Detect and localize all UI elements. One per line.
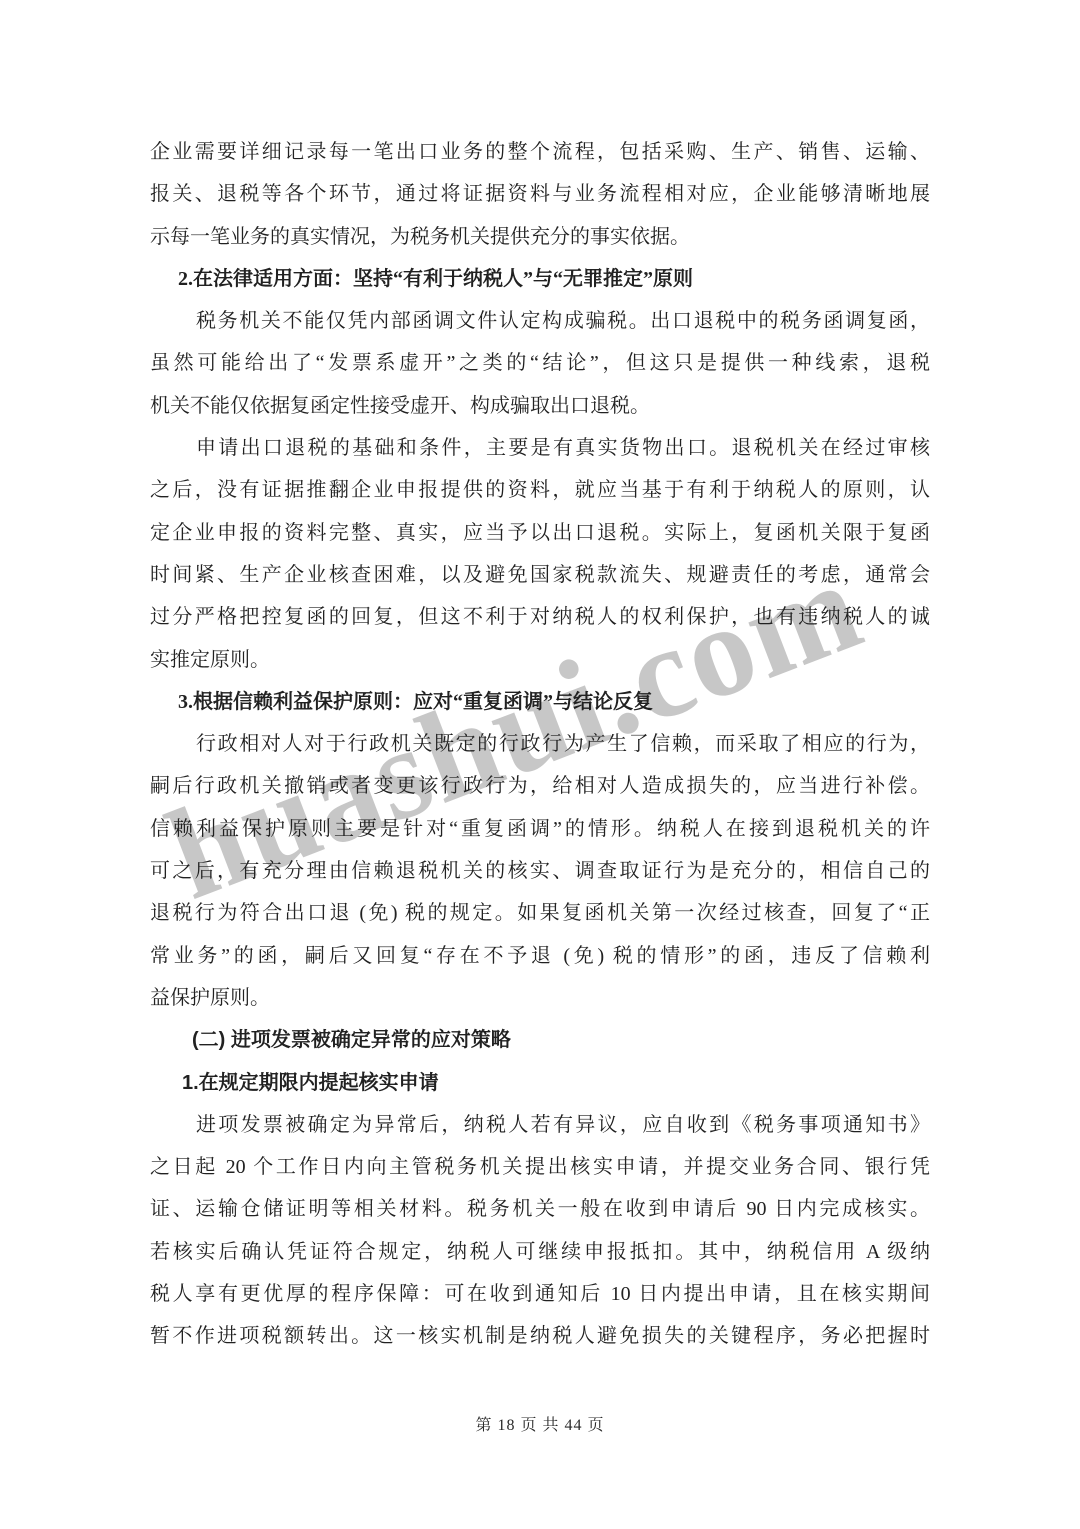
text-line: 证、运输仓储证明等相关材料。税务机关一般在收到申请后 90 日内完成核实。 [150,1188,930,1230]
text-line: 之后，没有证据推翻企业申报提供的资料，就应当基于有利于纳税人的原则，认 [150,469,930,511]
text-line: 信赖利益保护原则主要是针对“重复函调”的情形。纳税人在接到退税机关的许 [150,808,930,850]
text-line: 嗣后行政机关撤销或者变更该行政行为，给相对人造成损失的，应当进行补偿。 [150,765,930,807]
text-line: 税务机关不能仅凭内部函调文件认定构成骗税。出口退税中的税务函调复函， [150,300,930,342]
page-number-footer: 第 18 页 共 44 页 [0,1412,1080,1435]
text-line: (二) 进项发票被确定异常的应对策略 [150,1019,930,1061]
text-line: 若核实后确认凭证符合规定，纳税人可继续申报抵扣。其中，纳税信用 A 级纳 [150,1231,930,1273]
text-line: 1.在规定期限内提起核实申请 [150,1062,930,1104]
text-line: 报关、退税等各个环节，通过将证据资料与业务流程相对应，企业能够清晰地展 [150,173,930,215]
text-line: 税人享有更优厚的程序保障：可在收到通知后 10 日内提出申请，且在核实期间 [150,1273,930,1315]
text-line: 3.根据信赖利益保护原则：应对“重复函调”与结论反复 [150,681,930,723]
text-line: 时间紧、生产企业核查困难，以及避免国家税款流失、规避责任的考虑，通常会 [150,554,930,596]
text-line: 定企业申报的资料完整、真实，应当予以出口退税。实际上，复函机关限于复函 [150,512,930,554]
paragraph: 申请出口退税的基础和条件，主要是有真实货物出口。退税机关在经过审核之后，没有证据… [150,427,930,681]
section-heading: 3.根据信赖利益保护原则：应对“重复函调”与结论反复 [150,681,930,723]
text-line: 行政相对人对于行政机关既定的行政行为产生了信赖，而采取了相应的行为， [150,723,930,765]
text-line: 常业务”的函，嗣后又回复“存在不予退 (免) 税的情形”的函，违反了信赖利 [150,935,930,977]
section-heading: (二) 进项发票被确定异常的应对策略 [150,1019,930,1061]
text-line: 虽然可能给出了“发票系虚开”之类的“结论”，但这只是提供一种线索，退税 [150,342,930,384]
paragraph: 税务机关不能仅凭内部函调文件认定构成骗税。出口退税中的税务函调复函，虽然可能给出… [150,300,930,427]
text-line: 暂不作进项税额转出。这一核实机制是纳税人避免损失的关键程序，务必把握时 [150,1315,930,1357]
document-page: huashui.com 企业需要详细记录每一笔出口业务的整个流程，包括采购、生产… [0,0,1080,1529]
section-heading: 1.在规定期限内提起核实申请 [150,1062,930,1104]
text-line: 进项发票被确定为异常后，纳税人若有异议，应自收到《税务事项通知书》 [150,1104,930,1146]
paragraph: 企业需要详细记录每一笔出口业务的整个流程，包括采购、生产、销售、运输、报关、退税… [150,131,930,258]
paragraph: 进项发票被确定为异常后，纳税人若有异议，应自收到《税务事项通知书》之日起 20 … [150,1104,930,1358]
paragraph: 行政相对人对于行政机关既定的行政行为产生了信赖，而采取了相应的行为，嗣后行政机关… [150,723,930,1019]
document-body: 企业需要详细记录每一笔出口业务的整个流程，包括采购、生产、销售、运输、报关、退税… [150,131,930,1358]
text-line: 企业需要详细记录每一笔出口业务的整个流程，包括采购、生产、销售、运输、 [150,131,930,173]
text-line: 示每一笔业务的真实情况，为税务机关提供充分的事实依据。 [150,216,930,258]
text-line: 退税行为符合出口退 (免) 税的规定。如果复函机关第一次经过核查，回复了“正 [150,892,930,934]
text-line: 实推定原则。 [150,639,930,681]
text-line: 机关不能仅依据复函定性接受虚开、构成骗取出口退税。 [150,385,930,427]
text-line: 可之后，有充分理由信赖退税机关的核实、调查取证行为是充分的，相信自己的 [150,850,930,892]
text-line: 益保护原则。 [150,977,930,1019]
text-line: 之日起 20 个工作日内向主管税务机关提出核实申请，并提交业务合同、银行凭 [150,1146,930,1188]
text-line: 2.在法律适用方面：坚持“有利于纳税人”与“无罪推定”原则 [150,258,930,300]
section-heading: 2.在法律适用方面：坚持“有利于纳税人”与“无罪推定”原则 [150,258,930,300]
text-line: 申请出口退税的基础和条件，主要是有真实货物出口。退税机关在经过审核 [150,427,930,469]
text-line: 过分严格把控复函的回复，但这不利于对纳税人的权利保护，也有违纳税人的诚 [150,596,930,638]
